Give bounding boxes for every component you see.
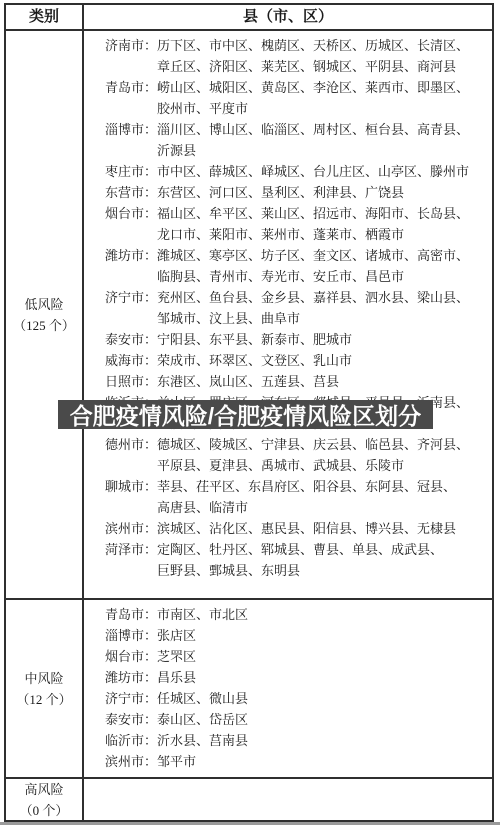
high-risk-count: （0 个）: [20, 800, 69, 821]
entry-line-city: 泰安市：泰山区、岱岳区: [105, 709, 492, 730]
medium-risk-entries: 青岛市：市南区、市北区淄博市：张店区烟台市：芝罘区潍坊市：昌乐县济宁市：任城区、…: [84, 600, 492, 777]
row-medium-risk: 中风险 （12 个） 青岛市：市南区、市北区淄博市：张店区烟台市：芝罘区潍坊市：…: [6, 600, 492, 779]
header-category: 类别: [6, 5, 84, 29]
high-risk-label: 高风险: [24, 779, 63, 800]
low-risk-entries: 济南市：历下区、市中区、槐荫区、天桥区、历城区、长清区、章丘区、济阳区、莱芜区、…: [84, 31, 492, 598]
entry-line-city: 济宁市：兖州区、鱼台县、金乡县、嘉祥县、泗水县、梁山县、: [105, 287, 492, 308]
entry-line-city: 淄博市：淄川区、博山区、临淄区、周村区、桓台县、高青县、: [105, 119, 492, 140]
entry-line-city: 日照市：东港区、岚山区、五莲县、莒县: [105, 371, 492, 392]
entry-line-continuation: 沂源县: [105, 140, 492, 161]
low-risk-count: （125 个）: [13, 315, 75, 336]
watermark-banner: 合肥疫情风险/合肥疫情风险区划分: [58, 400, 433, 429]
watermark-text: 合肥疫情风险/合肥疫情风险区划分: [70, 398, 421, 431]
entry-line-city: 滨州市：滨城区、沾化区、惠民县、阳信县、博兴县、无棣县: [105, 518, 492, 539]
entry-line-city: 淄博市：张店区: [105, 625, 492, 646]
entry-line-continuation: 胶州市、平度市: [105, 98, 492, 119]
entry-line-continuation: 临朐县、青州市、寿光市、安丘市、昌邑市: [105, 266, 492, 287]
low-risk-category-cell: 低风险 （125 个）: [6, 31, 84, 598]
medium-risk-count: （12 个）: [16, 689, 71, 710]
entry-line-city: 烟台市：芝罘区: [105, 646, 492, 667]
entry-line-city: 潍坊市：潍城区、寒亭区、坊子区、奎文区、诸城市、高密市、: [105, 245, 492, 266]
low-risk-label: 低风险: [24, 294, 63, 315]
entry-line-city: 枣庄市：市中区、薛城区、峄城区、台儿庄区、山亭区、滕州市: [105, 161, 492, 182]
entry-line-continuation: 巨野县、鄄城县、东明县: [105, 560, 492, 581]
entry-line-city: 泰安市：宁阳县、东平县、新泰市、肥城市: [105, 329, 492, 350]
entry-line-city: 德州市：德城区、陵城区、宁津县、庆云县、临邑县、齐河县、: [105, 434, 492, 455]
entry-line-continuation: 龙口市、莱阳市、莱州市、蓬莱市、栖霞市: [105, 224, 492, 245]
medium-risk-category-cell: 中风险 （12 个）: [6, 600, 84, 777]
row-high-risk: 高风险 （0 个）: [6, 779, 492, 821]
entry-line-city: 烟台市：福山区、牟平区、莱山区、招远市、海阳市、长岛县、: [105, 203, 492, 224]
entry-line-city: 滨州市：邹平市: [105, 751, 492, 772]
entry-line-city: 潍坊市：昌乐县: [105, 667, 492, 688]
entry-line-continuation: 高唐县、临清市: [105, 497, 492, 518]
entry-line-continuation: 章丘区、济阳区、莱芜区、钢城区、平阴县、商河县: [105, 56, 492, 77]
page: 类别 县（市、区） 低风险 （125 个） 济南市：历下区、市中区、槐荫区、天桥…: [0, 0, 500, 825]
high-risk-entries: [84, 779, 492, 821]
entry-line-city: 青岛市：崂山区、城阳区、黄岛区、李沧区、莱西市、即墨区、: [105, 77, 492, 98]
entry-line-city: 临沂市：沂水县、莒南县: [105, 730, 492, 751]
entry-line-city: 济南市：历下区、市中区、槐荫区、天桥区、历城区、长清区、: [105, 35, 492, 56]
table-header-row: 类别 县（市、区）: [6, 5, 492, 31]
row-low-risk: 低风险 （125 个） 济南市：历下区、市中区、槐荫区、天桥区、历城区、长清区、…: [6, 31, 492, 600]
entry-line-city: 东营市：东营区、河口区、垦利区、利津县、广饶县: [105, 182, 492, 203]
medium-risk-label: 中风险: [24, 668, 63, 689]
entry-line-city: 青岛市：市南区、市北区: [105, 604, 492, 625]
entry-line-continuation: 邹城市、汶上县、曲阜市: [105, 308, 492, 329]
high-risk-category-cell: 高风险 （0 个）: [6, 779, 84, 821]
header-county-city-district: 县（市、区）: [84, 5, 492, 29]
entry-line-city: 聊城市：莘县、茌平区、东昌府区、阳谷县、东阿县、冠县、: [105, 476, 492, 497]
entry-line-continuation: 平原县、夏津县、禹城市、武城县、乐陵市: [105, 455, 492, 476]
entry-line-city: 威海市：荣成市、环翠区、文登区、乳山市: [105, 350, 492, 371]
entry-line-city: 菏泽市：定陶区、牡丹区、郓城县、曹县、单县、成武县、: [105, 539, 492, 560]
entry-line-city: 济宁市：任城区、微山县: [105, 688, 492, 709]
